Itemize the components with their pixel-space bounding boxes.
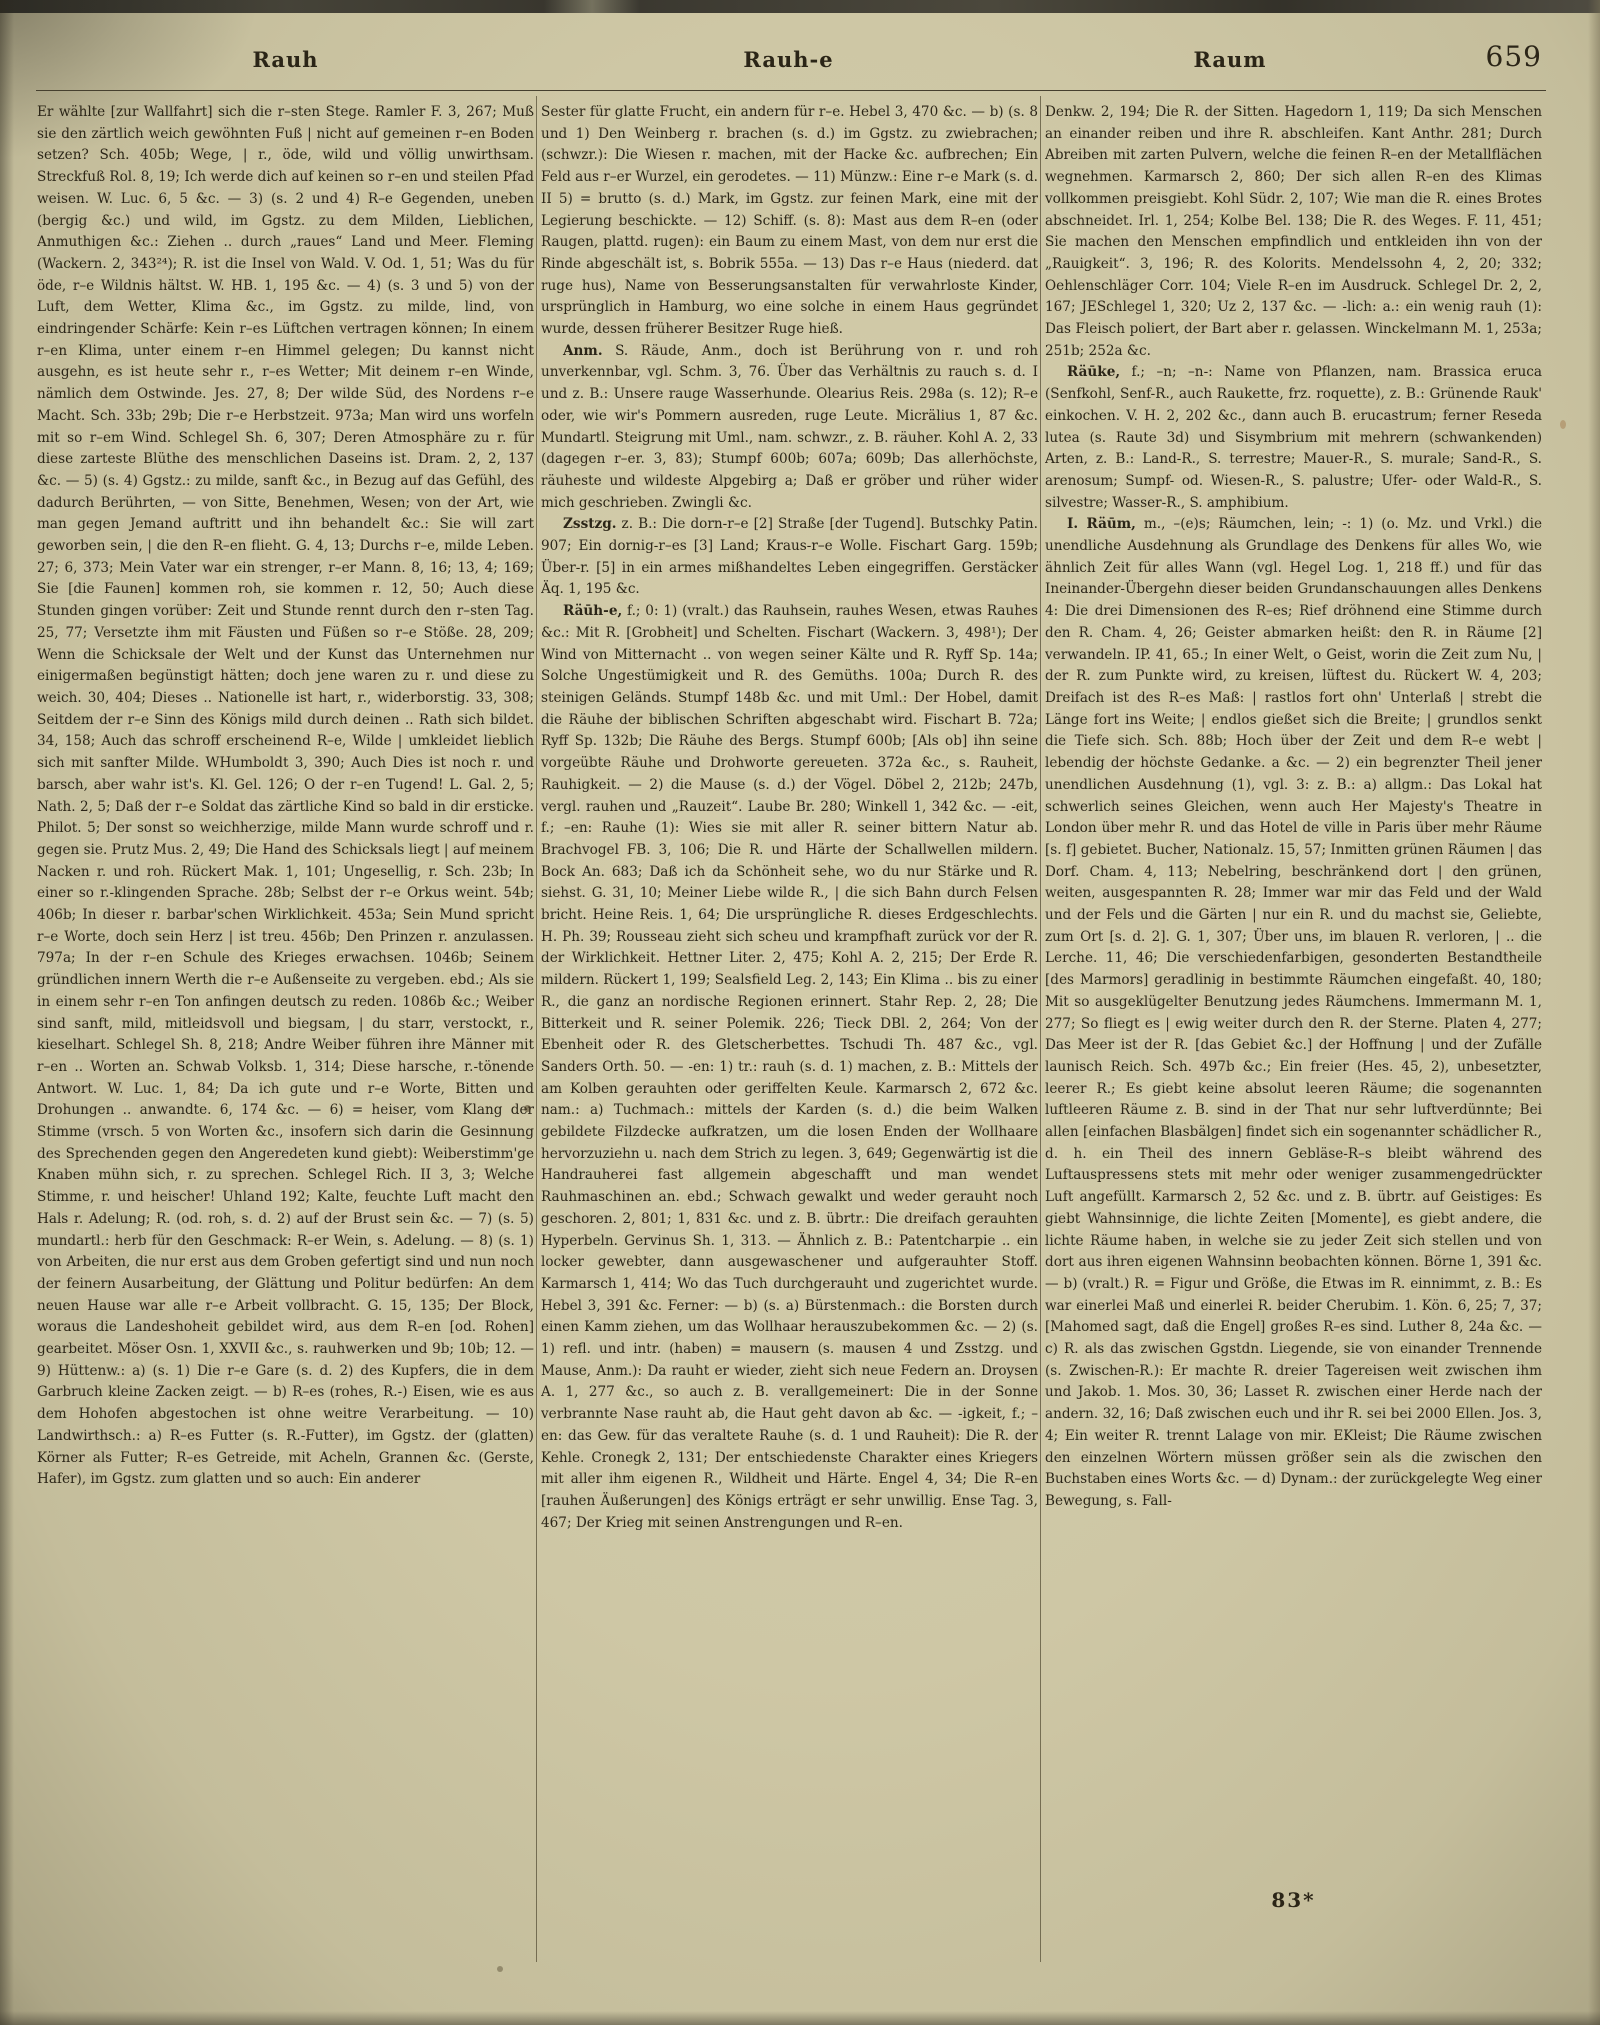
running-title-left: Rauh <box>37 47 534 72</box>
column-rule-2 <box>1040 96 1041 1962</box>
entry-paragraph-raum: I. Räūm, m., –(e)s; Räumchen, lein; -: 1… <box>1045 514 1542 1512</box>
paragraph-headword: Anm. <box>563 343 603 359</box>
entry-headword: I. Räūm, <box>1067 516 1136 532</box>
paragraph-headword: Zsstzg. <box>563 516 616 532</box>
entry-paragraph-raeuke: Räūke, f.; –n; –n-: Name von Pflanzen, n… <box>1045 362 1542 514</box>
annotation-paragraph: Anm. S. Räude, Anm., doch ist Berührung … <box>541 341 1038 515</box>
paragraph-text: f.; –n; –n-: Name von Pflanzen, nam. Bra… <box>1045 364 1542 510</box>
signature-mark: 83* <box>1045 1888 1542 1912</box>
dictionary-paragraph: Er wählte [zur Wallfahrt] sich die r–ste… <box>37 102 534 1491</box>
text-column-2: Sester für glatte Frucht, ein andern für… <box>541 102 1038 1974</box>
text-column-3: Denkw. 2, 194; Die R. der Sitten. Hagedo… <box>1045 102 1542 1974</box>
paragraph-text: m., –(e)s; Räumchen, lein; -: 1) (o. Mz.… <box>1045 516 1542 1509</box>
paragraph-text: S. Räude, Anm., doch ist Berührung von r… <box>541 343 1038 511</box>
column-rule-1 <box>536 96 537 1962</box>
entry-headword: Räūh-e, <box>563 603 622 619</box>
dictionary-paragraph: Sester für glatte Frucht, ein andern für… <box>541 102 1038 341</box>
paragraph-text: f.; 0: 1) (vralt.) das Rauhsein, rauhes … <box>541 603 1038 1531</box>
scan-edge-bottom <box>0 2011 1600 2025</box>
scan-edge-left <box>0 0 14 2025</box>
entry-paragraph-raeuhe: Räūh-e, f.; 0: 1) (vralt.) das Rauhsein,… <box>541 601 1038 1534</box>
scanned-dictionary-page: Rauh Rauh-e Raum 659 Er wählte [zur Wall… <box>0 0 1600 2025</box>
paragraph-text: Er wählte [zur Wallfahrt] sich die r–ste… <box>37 104 534 1487</box>
compound-paragraph: Zsstzg. z. B.: Die dorn-r–e [2] Straße [… <box>541 514 1038 601</box>
running-title-right: Raum <box>1020 47 1440 72</box>
dictionary-paragraph: Denkw. 2, 194; Die R. der Sitten. Hagedo… <box>1045 102 1542 362</box>
running-title-center: Rauh-e <box>540 47 1037 72</box>
page-number: 659 <box>1486 40 1542 73</box>
text-column-1: Er wählte [zur Wallfahrt] sich die r–ste… <box>37 102 534 1974</box>
header-rule <box>36 90 1546 91</box>
paper-stain <box>1560 420 1566 429</box>
paragraph-text: Denkw. 2, 194; Die R. der Sitten. Hagedo… <box>1045 104 1542 359</box>
paragraph-text: Sester für glatte Frucht, ein andern für… <box>541 104 1038 337</box>
entry-headword: Räūke, <box>1067 364 1120 380</box>
scan-edge-right <box>1588 0 1600 2025</box>
paragraph-text: z. B.: Die dorn-r–e [2] Straße [der Tuge… <box>541 516 1038 597</box>
